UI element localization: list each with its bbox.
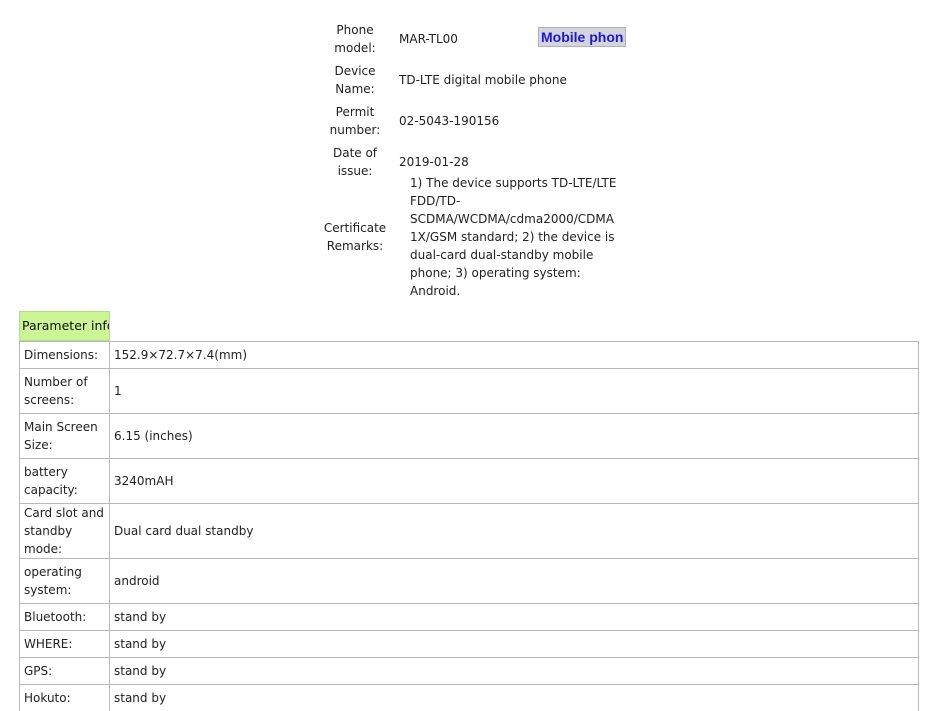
cert-label: Certificate Remarks: bbox=[322, 219, 388, 255]
table-row: Number of screens: 1 bbox=[20, 369, 919, 414]
table-row: Hokuto: stand by bbox=[20, 685, 919, 711]
table-row: GPS: stand by bbox=[20, 658, 919, 685]
param-value: stand by bbox=[110, 658, 919, 685]
table-row: Dimensions: 152.9×72.7×7.4(mm) bbox=[20, 342, 919, 369]
param-label: Dimensions: bbox=[20, 342, 110, 369]
param-label: operating system: bbox=[20, 559, 110, 604]
param-label: Card slot and standby mode: bbox=[20, 504, 110, 559]
cert-label: Device Name: bbox=[322, 62, 388, 98]
param-label: Main Screen Size: bbox=[20, 414, 110, 459]
param-value: 152.9×72.7×7.4(mm) bbox=[110, 342, 919, 369]
cert-row-remarks: Certificate Remarks: 1) The device suppo… bbox=[322, 182, 642, 292]
param-label: Hokuto: bbox=[20, 685, 110, 711]
cert-value: 2019-01-28 bbox=[388, 153, 469, 171]
param-label: battery capacity: bbox=[20, 459, 110, 504]
param-label: GPS: bbox=[20, 658, 110, 685]
table-row: battery capacity: 3240mAH bbox=[20, 459, 919, 504]
table-row: operating system: android bbox=[20, 559, 919, 604]
param-value: 6.15 (inches) bbox=[110, 414, 919, 459]
table-row: Card slot and standby mode: Dual card du… bbox=[20, 504, 919, 559]
cert-value: TD-LTE digital mobile phone bbox=[388, 71, 567, 89]
cert-label: Date of issue: bbox=[322, 144, 388, 180]
cert-value: MAR-TL00 bbox=[388, 30, 458, 48]
param-value: stand by bbox=[110, 604, 919, 631]
cert-row-permit-number: Permit number: 02-5043-190156 bbox=[322, 100, 642, 141]
param-label: Number of screens: bbox=[20, 369, 110, 414]
table-row: Bluetooth: stand by bbox=[20, 604, 919, 631]
param-value: 1 bbox=[110, 369, 919, 414]
cert-label: Phone model: bbox=[322, 21, 388, 57]
parameter-info-header: Parameter info bbox=[19, 311, 110, 341]
cert-row-device-name: Device Name: TD-LTE digital mobile phone bbox=[322, 59, 642, 100]
category-badge[interactable]: Mobile phon bbox=[538, 27, 626, 47]
param-label: Bluetooth: bbox=[20, 604, 110, 631]
table-row: Main Screen Size: 6.15 (inches) bbox=[20, 414, 919, 459]
param-value: Dual card dual standby bbox=[110, 504, 919, 559]
param-value: 3240mAH bbox=[110, 459, 919, 504]
param-value: android bbox=[110, 559, 919, 604]
parameter-table: Dimensions: 152.9×72.7×7.4(mm) Number of… bbox=[19, 341, 919, 711]
param-value: stand by bbox=[110, 685, 919, 711]
cert-value: 02-5043-190156 bbox=[388, 112, 499, 130]
param-label: WHERE: bbox=[20, 631, 110, 658]
certificate-info: Phone model: MAR-TL00 Device Name: TD-LT… bbox=[322, 18, 642, 292]
cert-value: 1) The device supports TD-LTE/LTE FDD/TD… bbox=[388, 174, 625, 300]
cert-label: Permit number: bbox=[322, 103, 388, 139]
param-value: stand by bbox=[110, 631, 919, 658]
table-row: WHERE: stand by bbox=[20, 631, 919, 658]
